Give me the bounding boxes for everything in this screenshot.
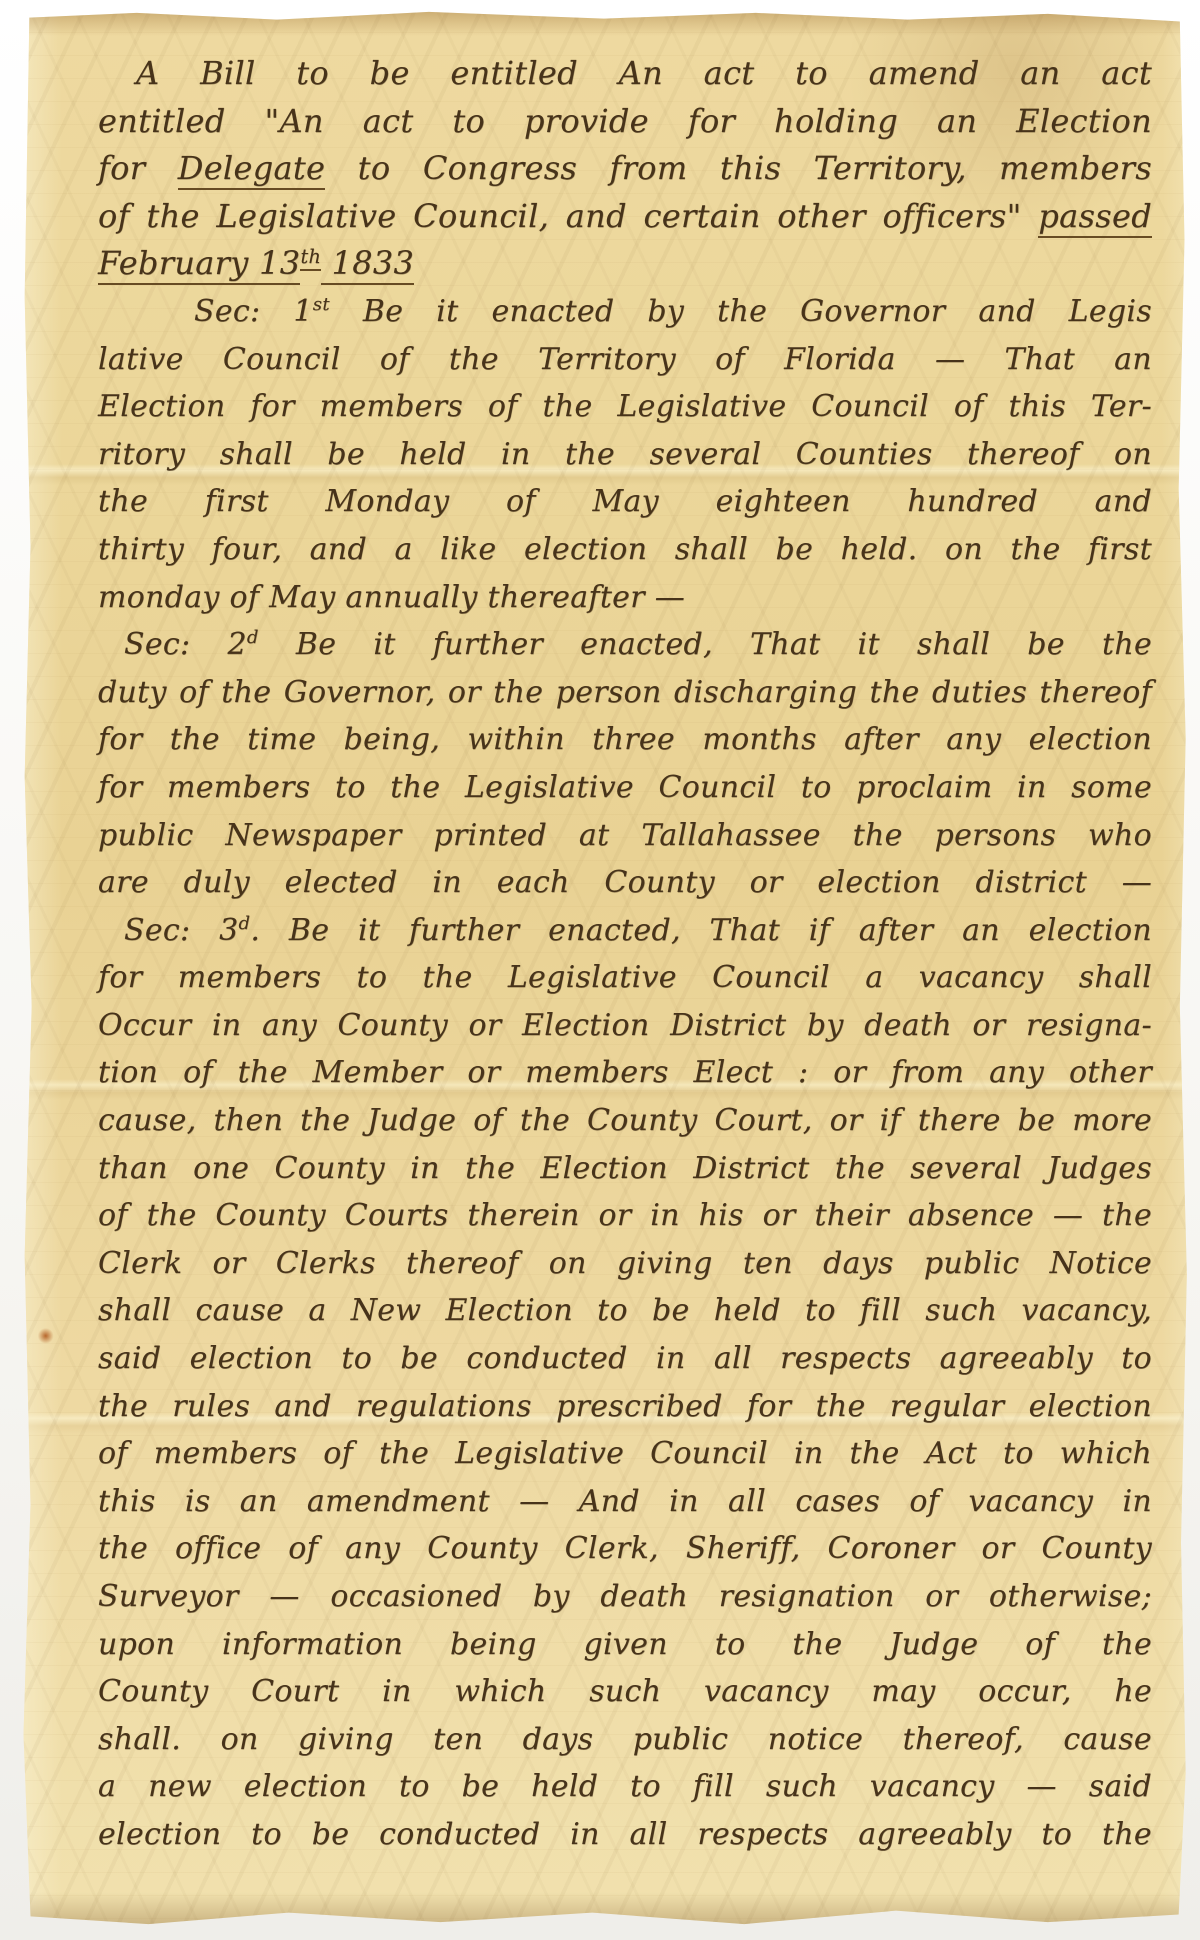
text-line: Surveyor — occasioned by death resignati… (98, 1573, 1152, 1621)
text-line: election to be conducted in all respects… (98, 1811, 1152, 1859)
text-segment: Clerk or Clerks thereof on giving ten da… (98, 1246, 1152, 1281)
text-segment: upon information being given to the Judg… (98, 1627, 1152, 1662)
text-line: the office of any County Clerk, Sheriff,… (98, 1525, 1152, 1573)
paragraph-heading: A Bill to be entitled An act to amend an… (98, 50, 1152, 288)
text-line: of the County Courts therein or in his o… (98, 1192, 1152, 1240)
text-line: Sec: 2d Be it further enacted, That it s… (98, 621, 1152, 669)
text-segment: lative Council of the Territory of Flori… (98, 342, 1152, 377)
text-segment: the rules and regulations prescribed for… (98, 1389, 1152, 1424)
text-segment: of the County Courts therein or in his o… (98, 1198, 1152, 1233)
text-line: for members to the Legislative Council a… (98, 954, 1152, 1002)
scan-background: A Bill to be entitled An act to amend an… (0, 0, 1200, 1940)
paragraph-section-3: Sec: 3d. Be it further enacted, That if … (98, 907, 1152, 1859)
text-segment: passed (1038, 197, 1152, 238)
text-line: are duly elected in each County or elect… (98, 859, 1152, 907)
text-line: upon information being given to the Judg… (98, 1621, 1152, 1669)
text-segment: of members of the Legislative Council in… (98, 1436, 1152, 1471)
text-line: lative Council of the Territory of Flori… (98, 336, 1152, 384)
manuscript-text: A Bill to be entitled An act to amend an… (98, 50, 1152, 1859)
text-line: the rules and regulations prescribed for… (98, 1383, 1152, 1431)
text-line: Sec: 3d. Be it further enacted, That if … (98, 907, 1152, 955)
text-line: of members of the Legislative Council in… (98, 1430, 1152, 1478)
text-segment: entitled "An act to provide for holding … (98, 102, 1152, 140)
text-segment: February 13 (98, 244, 300, 285)
text-line: monday of May annually thereafter — (98, 574, 1152, 622)
text-segment: duty of the Governor, or the person disc… (98, 675, 1152, 710)
text-segment: ritory shall be held in the several Coun… (98, 437, 1152, 472)
text-line: duty of the Governor, or the person disc… (98, 669, 1152, 717)
text-line: for the time being, within three months … (98, 716, 1152, 764)
text-line: County Court in which such vacancy may o… (98, 1668, 1152, 1716)
text-segment: said election to be conducted in all res… (98, 1341, 1152, 1376)
text-segment: Sec: 3 (124, 913, 239, 948)
text-line: the first Monday of May eighteen hundred… (98, 478, 1152, 526)
text-segment: d (247, 627, 259, 648)
text-segment: for (98, 149, 178, 187)
text-segment: for members to the Legislative Council t… (98, 770, 1152, 805)
text-segment: A Bill to be entitled An act to amend an… (136, 54, 1152, 92)
text-line: shall cause a New Election to be held to… (98, 1287, 1152, 1335)
text-segment: Sec: 1 (194, 294, 313, 329)
text-segment: the first Monday of May eighteen hundred… (98, 484, 1152, 519)
text-line: this is an amendment — And in all cases … (98, 1478, 1152, 1526)
text-segment: Election for members of the Legislative … (98, 389, 1152, 424)
text-line: Sec: 1st Be it enacted by the Governor a… (98, 288, 1152, 336)
text-line: than one County in the Election District… (98, 1145, 1152, 1193)
text-line: A Bill to be entitled An act to amend an… (98, 50, 1152, 98)
text-segment: . Be it further enacted, That if after a… (250, 913, 1152, 948)
text-segment: election to be conducted in all respects… (98, 1817, 1152, 1852)
text-segment: shall. on giving ten days public notice … (98, 1722, 1152, 1757)
text-line: a new election to be held to fill such v… (98, 1763, 1152, 1811)
text-segment: County Court in which such vacancy may o… (98, 1674, 1152, 1709)
text-segment: Occur in any County or Election District… (98, 1008, 1152, 1043)
text-segment: for the time being, within three months … (98, 722, 1152, 757)
text-line: for members to the Legislative Council t… (98, 764, 1152, 812)
text-segment: shall cause a New Election to be held to… (98, 1293, 1152, 1328)
text-line: public Newspaper printed at Tallahassee … (98, 812, 1152, 860)
text-segment: a new election to be held to fill such v… (98, 1769, 1152, 1804)
text-segment: than one County in the Election District… (98, 1151, 1152, 1186)
text-segment: the office of any County Clerk, Sheriff,… (98, 1531, 1152, 1566)
text-segment: public Newspaper printed at Tallahassee … (98, 818, 1152, 853)
manuscript-page: A Bill to be entitled An act to amend an… (20, 10, 1188, 1926)
text-segment: are duly elected in each County or elect… (98, 865, 1152, 900)
text-segment: monday of May annually thereafter — (98, 580, 685, 615)
text-segment: th (300, 245, 321, 271)
text-segment: Sec: 2 (124, 627, 247, 662)
text-segment: thirty four, and a like election shall b… (98, 532, 1152, 567)
text-line: Clerk or Clerks thereof on giving ten da… (98, 1240, 1152, 1288)
text-line: shall. on giving ten days public notice … (98, 1716, 1152, 1764)
text-line: for Delegate to Congress from this Terri… (98, 145, 1152, 193)
text-line: Election for members of the Legislative … (98, 383, 1152, 431)
text-segment: to Congress from this Territory, members (325, 149, 1152, 187)
text-line: tion of the Member or members Elect : or… (98, 1049, 1152, 1097)
text-line: cause, then the Judge of the County Cour… (98, 1097, 1152, 1145)
text-line: thirty four, and a like election shall b… (98, 526, 1152, 574)
text-segment: Delegate (178, 149, 326, 190)
text-line: of the Legislative Council, and certain … (98, 193, 1152, 241)
text-segment: 1833 (321, 244, 414, 285)
text-line: Occur in any County or Election District… (98, 1002, 1152, 1050)
text-segment: st (313, 294, 330, 315)
text-segment: of the Legislative Council, and certain … (98, 197, 1038, 235)
paragraph-section-2: Sec: 2d Be it further enacted, That it s… (98, 621, 1152, 907)
text-segment: Surveyor — occasioned by death resignati… (98, 1579, 1152, 1614)
text-line: ritory shall be held in the several Coun… (98, 431, 1152, 479)
text-segment: d (239, 913, 251, 934)
text-line: said election to be conducted in all res… (98, 1335, 1152, 1383)
text-segment: cause, then the Judge of the County Cour… (98, 1103, 1152, 1138)
paragraph-section-1: Sec: 1st Be it enacted by the Governor a… (98, 288, 1152, 621)
text-line: February 13th 1833 (98, 240, 1152, 288)
text-segment: Be it further enacted, That it shall be … (259, 627, 1152, 662)
text-line: entitled "An act to provide for holding … (98, 98, 1152, 146)
text-segment: for members to the Legislative Council a… (98, 960, 1152, 995)
text-segment: Be it enacted by the Governor and Legis (330, 294, 1152, 329)
text-segment: tion of the Member or members Elect : or… (98, 1055, 1152, 1090)
text-segment: this is an amendment — And in all cases … (98, 1484, 1152, 1519)
